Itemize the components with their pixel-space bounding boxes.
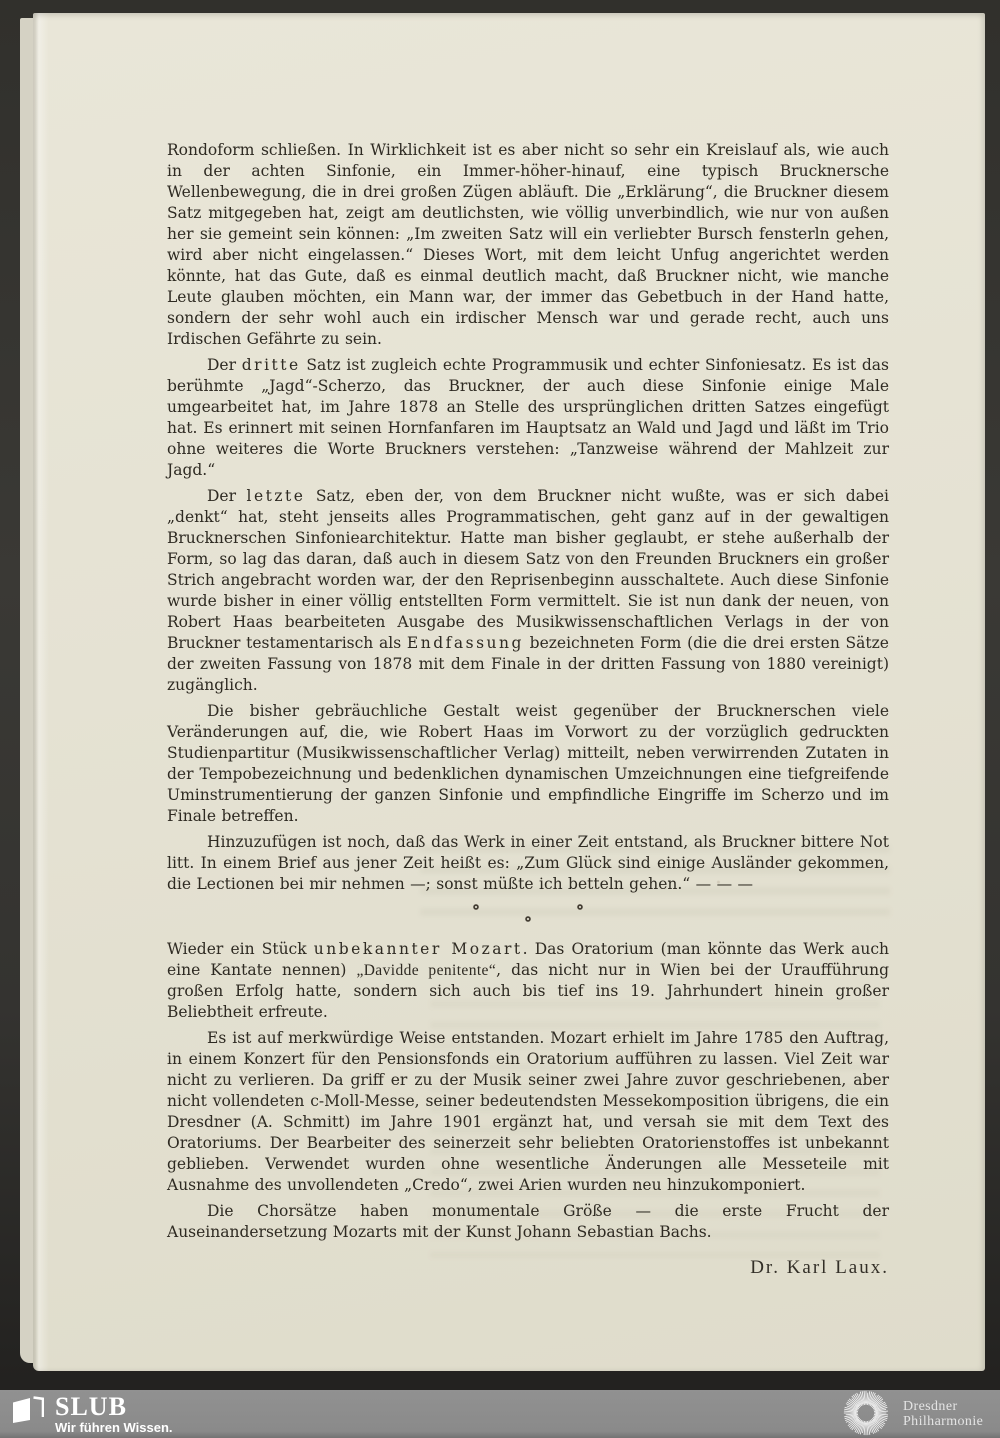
partner-name-line2: Philharmonie	[903, 1414, 983, 1429]
paragraph: Es ist auf merkwürdige Weise entstanden.…	[167, 1028, 889, 1196]
dresdner-philharmonie-logo[interactable]: Dresdner Philharmonie	[841, 1390, 983, 1438]
paragraph: Rondoform schließen. In Wirklichkeit ist…	[167, 140, 889, 350]
slub-tagline: Wir führen Wissen.	[55, 1421, 173, 1434]
author-signature: Dr. Karl Laux.	[167, 1257, 889, 1279]
paragraph-group-bottom: Wieder ein Stück unbekannter Mozart. Das…	[167, 939, 889, 1243]
paragraph: Hinzuzufügen ist noch, daß das Werk in e…	[167, 832, 889, 895]
paragraph: Die bisher gebräuchliche Gestalt weist g…	[167, 701, 889, 827]
asterism-dot	[525, 916, 531, 922]
scan-viewport: Rondoform schließen. In Wirklichkeit ist…	[0, 0, 1000, 1438]
paragraph: Der letzte Satz, eben der, von dem Bruck…	[167, 486, 889, 696]
paragraph: Der dritte Satz ist zugleich echte Progr…	[167, 355, 889, 481]
viewer-footer: SLUB Wir führen Wissen. Dresdner Philhar…	[0, 1390, 1000, 1438]
slub-logo[interactable]: SLUB Wir führen Wissen.	[12, 1394, 173, 1434]
asterism-dot	[577, 904, 583, 910]
scanned-page: Rondoform schließen. In Wirklichkeit ist…	[33, 13, 985, 1371]
asterism-dot	[473, 904, 479, 910]
partner-name-line1: Dresdner	[903, 1399, 983, 1414]
open-book-icon	[12, 1396, 44, 1423]
slub-text-block: SLUB Wir führen Wissen.	[55, 1394, 173, 1434]
asterism-separator	[473, 904, 583, 928]
partner-name: Dresdner Philharmonie	[903, 1399, 983, 1429]
paragraph-group-top: Rondoform schließen. In Wirklichkeit ist…	[167, 140, 889, 895]
paragraph: Wieder ein Stück unbekannter Mozart. Das…	[167, 939, 889, 1023]
text-column: Rondoform schließen. In Wirklichkeit ist…	[167, 140, 889, 1279]
slub-wordmark: SLUB	[55, 1394, 173, 1419]
paragraph: Die Chorsätze haben monumentale Größe — …	[167, 1201, 889, 1243]
starburst-icon	[841, 1388, 891, 1438]
